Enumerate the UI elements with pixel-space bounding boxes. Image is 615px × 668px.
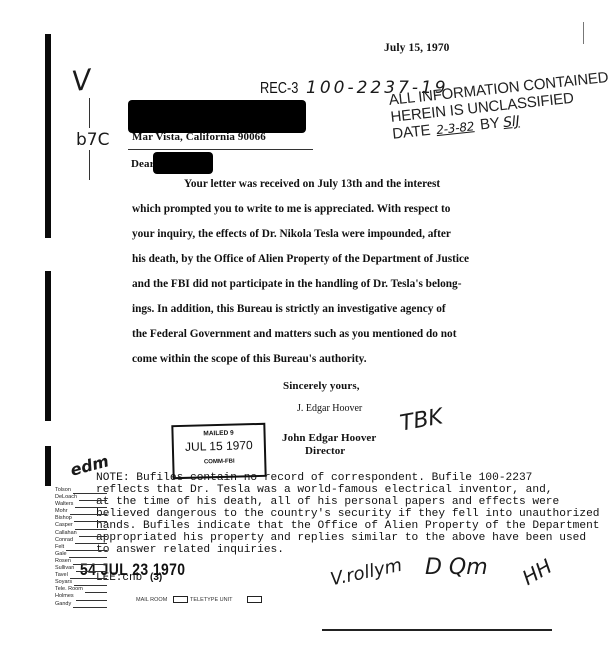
margin-bar-4: [45, 446, 51, 486]
margin-rule-upper: [89, 98, 90, 128]
routing-list-item: Callahan: [55, 530, 107, 537]
routing-blank-line: [85, 588, 107, 593]
routing-list-item: Mohr: [55, 508, 107, 515]
routing-name: Tavel: [55, 572, 68, 579]
routing-list-item: Bishop: [55, 515, 107, 522]
routing-name: Conrad: [55, 537, 73, 544]
routing-list-item: Rosen: [55, 558, 107, 565]
routing-blank-line: [79, 532, 107, 537]
mail-room-label: MAIL ROOM: [136, 597, 167, 603]
routing-blank-line: [70, 510, 107, 515]
salutation: Dear: [131, 158, 155, 170]
teletype-unit-label: TELETYPE UNIT: [190, 597, 232, 603]
routing-list-item: DeLoach: [55, 494, 107, 501]
routing-name: Holmes: [55, 593, 74, 600]
margin-bar-3: [45, 271, 51, 421]
signature-typed: J. Edgar Hoover: [297, 403, 362, 414]
routing-list-item: Casper: [55, 522, 107, 529]
declass-signature: SlJ: [502, 113, 520, 131]
routing-blank-line: [73, 603, 107, 608]
routing-blank-line: [75, 539, 107, 544]
routing-name: Tolson: [55, 487, 71, 494]
margin-bar-2: [45, 206, 51, 238]
routing-blank-line: [66, 546, 107, 551]
note-line-3: at the time of his death, all of his per…: [96, 496, 559, 508]
bottom-scan-rule: [322, 629, 552, 631]
routing-name: Callahan: [55, 530, 77, 537]
routing-list-item: Tele. Room: [55, 586, 107, 593]
address-underline: [128, 149, 313, 150]
routing-list: TolsonDeLoachWaltersMohrBishopCasperCall…: [55, 487, 107, 608]
initials-signature-1: V.rollym: [329, 555, 404, 591]
note-line-7: to answer related inquiries.: [96, 544, 284, 556]
routing-name: Sullivan: [55, 565, 74, 572]
body-line-2: which prompted you to write to me is app…: [132, 203, 450, 215]
routing-name: Rosen: [55, 558, 71, 565]
routing-name: Soyars: [55, 579, 72, 586]
letter-date: July 15, 1970: [384, 42, 450, 54]
routing-blank-line: [76, 567, 107, 572]
note-line-5: hands. Bufiles indicate that the Office …: [96, 520, 600, 532]
note-line-1: NOTE: Bufiles contain no record of corre…: [96, 472, 532, 484]
routing-blank-line: [76, 596, 107, 601]
routing-list-item: Walters: [55, 501, 107, 508]
routing-name: Felt: [55, 544, 64, 551]
note-line-6: appropriated his property and replies si…: [96, 532, 586, 544]
right-margin-tick: [583, 22, 584, 44]
routing-list-item: Gale: [55, 551, 107, 558]
declass-by-label: BY: [479, 115, 500, 134]
handwritten-initials-signature: TBK: [398, 404, 445, 436]
declass-date-label: DATE: [392, 122, 432, 143]
recipient-address: Mar Vista, California 90066: [132, 131, 266, 143]
routing-name: Bishop: [55, 515, 72, 522]
redaction-salutation-name: [153, 152, 213, 174]
routing-name: Mohr: [55, 508, 68, 515]
routing-list-item: Holmes: [55, 593, 107, 600]
body-line-5: and the FBI did not participate in the h…: [132, 278, 461, 290]
routing-list-item: Soyars: [55, 579, 107, 586]
signer-title: Director: [305, 445, 345, 457]
redaction-recipient-name: [128, 100, 306, 133]
body-line-4: his death, by the Office of Alien Proper…: [132, 253, 469, 265]
margin-handwritten-code: b7C: [76, 130, 109, 150]
closing: Sincerely yours,: [283, 380, 360, 392]
mailed-stamp-line-3: COMM-FBI: [174, 458, 264, 466]
routing-blank-line: [79, 496, 107, 501]
routing-blank-line: [69, 553, 107, 558]
body-line-6: ings. In addition, this Bureau is strict…: [132, 303, 446, 315]
routing-blank-line: [74, 517, 107, 522]
routing-name: Casper: [55, 522, 73, 529]
routing-list-item: Tavel: [55, 572, 107, 579]
teletype-unit-checkbox: [247, 596, 262, 603]
body-line-8: come within the scope of this Bureau's a…: [132, 353, 367, 365]
body-line-3: your inquiry, the effects of Dr. Nikola …: [132, 228, 451, 240]
margin-bar-top: [45, 34, 51, 216]
note-line-4: believed dangerous to the country's secu…: [96, 508, 600, 520]
handwritten-check-mark: V: [70, 63, 94, 98]
routing-blank-line: [73, 560, 107, 565]
routing-blank-line: [70, 574, 107, 579]
margin-rule-lower: [89, 150, 90, 180]
routing-name: Gandy: [55, 601, 71, 608]
note-line-2: reflects that Dr. Tesla was a world-famo…: [96, 484, 553, 496]
routing-name: Gale: [55, 551, 67, 558]
routing-blank-line: [75, 503, 107, 508]
initials-signature-3: HH: [518, 554, 556, 590]
routing-name: DeLoach: [55, 494, 77, 501]
routing-blank-line: [75, 525, 107, 530]
mailed-stamp: MAILED 9 JUL 15 1970 COMM-FBI: [171, 423, 266, 479]
body-line-1: Your letter was received on July 13th an…: [184, 178, 440, 190]
routing-name: Tele. Room: [55, 586, 83, 593]
routing-name: Walters: [55, 501, 73, 508]
mailed-stamp-line-1: MAILED 9: [173, 429, 263, 438]
signer-name: John Edgar Hoover: [282, 432, 376, 444]
routing-list-item: Gandy: [55, 601, 107, 608]
rec-stamp: REC-3: [260, 80, 298, 98]
routing-list-item: Conrad: [55, 537, 107, 544]
mailed-stamp-line-2: JUL 15 1970: [174, 438, 264, 454]
declass-date-value: 2-3-82: [436, 119, 475, 137]
body-line-7: the Federal Government and matters such …: [132, 328, 456, 340]
mail-room-checkbox: [173, 596, 188, 603]
routing-list-item: Felt: [55, 544, 107, 551]
routing-list-item: Tolson: [55, 487, 107, 494]
routing-list-item: Sullivan: [55, 565, 107, 572]
initials-signature-2: D Qm: [425, 555, 488, 580]
routing-blank-line: [73, 489, 107, 494]
